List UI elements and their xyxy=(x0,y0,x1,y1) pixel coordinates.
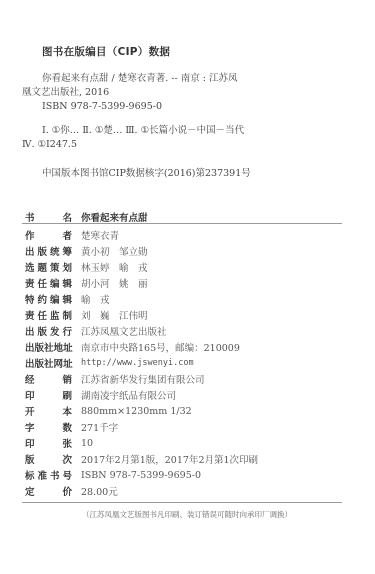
cip-classification-line2: Ⅳ. ①I247.5 xyxy=(22,138,282,152)
book-title-value: 你看起来有点甜 xyxy=(81,210,148,224)
colophon-row-price: 定 价 28.00元 xyxy=(25,483,345,499)
colophon-row-topic-planner: 选 题 策 划 林玉婷 喻 戎 xyxy=(25,259,345,275)
responsible-editor-value: 胡小河 姚 丽 xyxy=(81,276,148,290)
isbn-value: ISBN 978-7-5399-9695-0 xyxy=(81,470,201,481)
cip-verification-number: 中国版本图书馆CIP数据核字(2016)第237391号 xyxy=(42,165,251,179)
colophon-label: 出 版 社 地 址 xyxy=(25,340,72,354)
topic-planner-value: 林玉婷 喻 戎 xyxy=(81,260,148,274)
printed-sheets-value: 10 xyxy=(81,438,93,449)
colophon-row-author: 作 者 楚寒衣青 xyxy=(25,227,345,243)
publisher-value: 江苏凤凰文艺出版社 xyxy=(81,324,167,338)
colophon-row-printer: 印 刷 湖南凌宇纸品有限公司 xyxy=(25,387,345,403)
colophon-row-edition: 版 次 2017年2月第1版，2017年2月第1次印刷 xyxy=(25,451,345,467)
colophon-row-publisher: 出 版 发 行 江苏凤凰文艺出版社 xyxy=(25,323,345,339)
colophon-row-distributor: 经 销 江苏省新华发行集团有限公司 xyxy=(25,371,345,387)
colophon-label: 责 任 编 辑 xyxy=(25,276,72,290)
colophon-row-word-count: 字 数 271千字 xyxy=(25,419,345,435)
colophon-bottom-rule xyxy=(22,502,342,503)
colophon-row-title: 书 名 你看起来有点甜 xyxy=(25,208,345,225)
cip-entry: 你看起来有点甜 / 楚寒衣青著. -- 南京 : 江苏凤 凰文艺出版社, 201… xyxy=(22,72,262,114)
cip-heading: 图书在版编目（CIP）数据 xyxy=(42,44,170,59)
colophon-label: 开 本 xyxy=(25,404,72,418)
cip-classification-line1: Ⅰ. ①你… Ⅱ. ①楚… Ⅲ. ①长篇小说－中国－当代 xyxy=(22,124,282,138)
cip-entry-isbn: ISBN 978-7-5399-9695-0 xyxy=(22,100,262,114)
colophon-row-publisher-website: 出 版 社 网 址 http://www.jswenyi.com xyxy=(25,355,345,371)
colophon-label: 特 约 编 辑 xyxy=(25,292,72,306)
colophon-row-isbn: 标 准 书 号 ISBN 978-7-5399-9695-0 xyxy=(25,467,345,483)
colophon-table: 书 名 你看起来有点甜 作 者 楚寒衣青 出 版 统 筹 黄小初 邹立勋 选 题… xyxy=(25,208,345,499)
format-value: 880mm×1230mm 1/32 xyxy=(81,406,192,417)
colophon-label: 出 版 发 行 xyxy=(25,324,72,338)
colophon-row-responsible-editor: 责 任 编 辑 胡小河 姚 丽 xyxy=(25,275,345,291)
colophon-label: 印 刷 xyxy=(25,388,72,402)
colophon-label: 出 版 统 筹 xyxy=(25,244,72,258)
publisher-website-link[interactable]: http://www.jswenyi.com xyxy=(81,358,194,368)
publishing-coordinator-value: 黄小初 邹立勋 xyxy=(81,244,148,258)
cip-entry-publisher-line: 凰文艺出版社, 2016 xyxy=(22,86,262,100)
colophon-row-format: 开 本 880mm×1230mm 1/32 xyxy=(25,403,345,419)
colophon-row-production-supervisor: 责 任 监 制 刘 巍 江伟明 xyxy=(25,307,345,323)
cip-classification: Ⅰ. ①你… Ⅱ. ①楚… Ⅲ. ①长篇小说－中国－当代 Ⅳ. ①I247.5 xyxy=(22,124,282,152)
word-count-value: 271千字 xyxy=(81,420,118,434)
edition-value: 2017年2月第1版，2017年2月第1次印刷 xyxy=(81,452,258,466)
colophon-row-publishing-coordinator: 出 版 统 筹 黄小初 邹立勋 xyxy=(25,243,345,259)
contributing-editor-value: 喻 戎 xyxy=(81,292,110,306)
printer-value: 湖南凌宇纸品有限公司 xyxy=(81,388,176,402)
colophon-label: 选 题 策 划 xyxy=(25,260,72,274)
colophon-row-contributing-editor: 特 约 编 辑 喻 戎 xyxy=(25,291,345,307)
colophon-label: 责 任 监 制 xyxy=(25,308,72,322)
colophon-label: 标 准 书 号 xyxy=(25,468,72,482)
colophon-label: 经 销 xyxy=(25,372,72,386)
colophon-label: 作 者 xyxy=(25,228,72,242)
colophon-row-printed-sheets: 印 张 10 xyxy=(25,435,345,451)
distributor-value: 江苏省新华发行集团有限公司 xyxy=(81,372,205,386)
cip-entry-title-line: 你看起来有点甜 / 楚寒衣青著. -- 南京 : 江苏凤 xyxy=(22,72,262,86)
colophon-label: 书 名 xyxy=(25,210,72,224)
colophon-label: 出 版 社 网 址 xyxy=(25,356,72,370)
colophon-label: 版 次 xyxy=(25,452,72,466)
price-value: 28.00元 xyxy=(81,484,118,498)
production-supervisor-value: 刘 巍 江伟明 xyxy=(81,308,148,322)
publisher-address-value: 南京市中央路165号，邮编：210009 xyxy=(81,340,240,354)
colophon-label: 印 张 xyxy=(25,436,72,450)
colophon-label: 定 价 xyxy=(25,484,72,498)
author-value: 楚寒衣青 xyxy=(81,228,119,242)
colophon-row-publisher-address: 出 版 社 地 址 南京市中央路165号，邮编：210009 xyxy=(25,339,345,355)
replacement-notice: （江苏凤凰文艺版图书凡印刷、装订错误可随时向承印厂调换） xyxy=(82,509,292,520)
colophon-label: 字 数 xyxy=(25,420,72,434)
